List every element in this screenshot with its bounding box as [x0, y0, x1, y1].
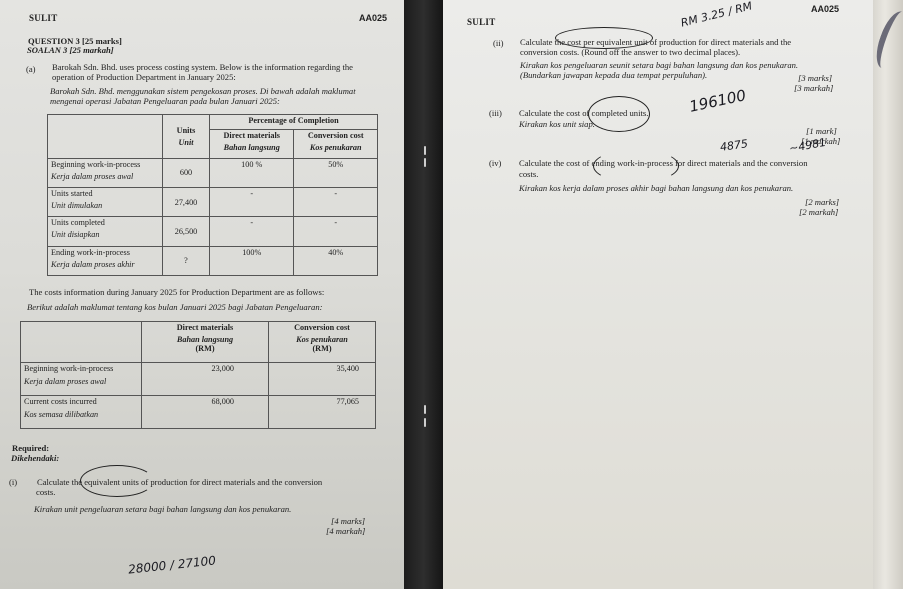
q-iv-text-2: costs.	[519, 169, 538, 179]
row-label: Units startedUnit dimulakan	[48, 187, 163, 216]
pct-completion-header: Percentage of Completion	[210, 115, 378, 130]
table-row: Units startedUnit dimulakan27,400--	[48, 187, 378, 216]
costs-intro-ms: Berikut adalah maklumat tentang kos bula…	[27, 302, 323, 312]
dm-cost-header-label-ms: Bahan langsung	[145, 335, 265, 344]
cc-pct-cell: -	[294, 187, 378, 216]
dm-header-label-ms: Bahan langsung	[213, 143, 290, 152]
header-code: AA025	[811, 4, 839, 14]
q-ii-marks: [3 marks]	[798, 73, 832, 83]
costs-table: Direct materials Bahan langsung (RM) Con…	[20, 321, 376, 429]
row-label-en: Units started	[51, 189, 159, 198]
dm-pct-cell: -	[210, 187, 294, 216]
cc-pct-cell: 40%	[294, 246, 378, 275]
dm-cost-cell: 68,000	[142, 396, 269, 429]
cc-cost-header-unit: (RM)	[272, 344, 372, 353]
cc-cost-cell: 35,400	[269, 363, 376, 396]
handwritten-iv-b: ~4981	[788, 136, 827, 155]
units-cell: 27,400	[163, 187, 210, 216]
binder-spine	[404, 0, 443, 589]
staple	[424, 405, 426, 414]
dm-cost-header-label: Direct materials	[145, 323, 265, 332]
row-label-en: Units completed	[51, 218, 159, 227]
cc-header-label-ms: Kos penukaran	[297, 143, 374, 152]
pen-circle-mark	[588, 96, 650, 132]
row-label-ms: Kerja dalam proses awal	[24, 377, 138, 386]
blank-corner	[21, 322, 142, 363]
q-ii-text-ms-1: Kirakan kos pengeluaran seunit setara ba…	[520, 60, 798, 70]
costs-intro: The costs information during January 202…	[29, 287, 324, 297]
dm-pct-cell: 100 %	[210, 158, 294, 187]
handwritten-top: RM 3.25 / RM	[680, 0, 754, 30]
row-label-en: Beginning work-in-process	[51, 160, 159, 169]
staple	[424, 146, 426, 155]
row-label-en: Current costs incurred	[24, 397, 138, 406]
required-label-ms: Dikehendaki:	[11, 453, 59, 463]
row-label-en: Ending work-in-process	[51, 248, 159, 257]
table-row: Ending work-in-processKerja dalam proses…	[48, 246, 378, 275]
header-sulit: SULIT	[467, 17, 496, 27]
part-a-text-ms-1: Barokah Sdn. Bhd. menggunakan sistem pen…	[50, 86, 356, 96]
q-iv-text-ms: Kirakan kos kerja dalam proses akhir bag…	[519, 183, 793, 193]
q-ii-marks-ms: [3 markah]	[794, 83, 833, 93]
cc-cost-cell: 77,065	[269, 396, 376, 429]
cc-cost-header-label: Conversion cost	[272, 323, 372, 332]
dm-header-label: Direct materials	[213, 131, 290, 140]
header-code: AA025	[359, 13, 387, 23]
part-a-text-2: operation of Production Department in Ja…	[52, 72, 236, 82]
question-title-ms: SOALAN 3 [25 markah]	[27, 45, 114, 55]
exam-page-left: SULIT AA025 QUESTION 3 [25 marks] SOALAN…	[0, 0, 404, 589]
q-iii-text-ms: Kirakan kos unit siap.	[519, 119, 595, 129]
page-edge	[873, 0, 903, 589]
q-ii-label: (ii)	[493, 38, 504, 48]
exam-page-right: SULIT AA025 RM 3.25 / RM (ii) Calculate …	[443, 0, 873, 589]
staple	[424, 158, 426, 167]
q-iv-label: (iv)	[489, 158, 501, 168]
dm-cost-header: Direct materials Bahan langsung (RM)	[142, 322, 269, 363]
q-iii-label: (iii)	[489, 108, 502, 118]
row-label: Ending work-in-processKerja dalam proses…	[48, 246, 163, 275]
q-ii-text-ms-2: (Bundarkan jawapan kepada dua tempat per…	[520, 70, 707, 80]
units-cell: ?	[163, 246, 210, 275]
cc-header-label: Conversion cost	[297, 131, 374, 140]
row-label-ms: Unit dimulakan	[51, 201, 159, 210]
cc-cost-header: Conversion cost Kos penukaran (RM)	[269, 322, 376, 363]
q-iv-marks-ms: [2 markah]	[799, 207, 838, 217]
pen-bracket-mark	[593, 149, 679, 183]
q-i-text-2: costs.	[36, 487, 55, 497]
header-sulit: SULIT	[29, 13, 58, 23]
pen-circle-mark	[555, 27, 653, 49]
row-label: Current costs incurredKos semasa dilibat…	[21, 396, 142, 429]
handwritten-iv-a: 4875	[719, 137, 749, 154]
cc-header: Conversion cost Kos penukaran	[294, 130, 378, 158]
table-row: Beginning work-in-processKerja dalam pro…	[21, 363, 376, 396]
q-i-marks: [4 marks]	[331, 516, 365, 526]
table-row: Beginning work-in-processKerja dalam pro…	[48, 158, 378, 187]
units-table: Units Unit Percentage of Completion Dire…	[47, 114, 378, 276]
handwritten-answer-i: 28000 / 27100	[128, 553, 217, 576]
dm-cost-header-unit: (RM)	[145, 344, 265, 353]
row-label-en: Beginning work-in-process	[24, 364, 138, 373]
staple	[424, 418, 426, 427]
dm-header: Direct materials Bahan langsung	[210, 130, 294, 158]
q-iii-marks: [1 mark]	[806, 126, 837, 136]
q-i-label: (i)	[9, 477, 17, 487]
table-row: Units completedUnit disiapkan26,500--	[48, 217, 378, 246]
units-header-label-ms: Unit	[166, 138, 206, 147]
dm-pct-cell: -	[210, 217, 294, 246]
q-i-marks-ms: [4 markah]	[326, 526, 365, 536]
dm-cost-cell: 23,000	[142, 363, 269, 396]
row-label-ms: Kerja dalam proses akhir	[51, 260, 159, 269]
row-label-ms: Kos semasa dilibatkan	[24, 410, 138, 419]
units-cell: 26,500	[163, 217, 210, 246]
row-label: Units completedUnit disiapkan	[48, 217, 163, 246]
part-a-text-ms-2: mengenai operasi Jabatan Pengeluaran pad…	[50, 96, 280, 106]
part-a-label: (a)	[26, 64, 36, 74]
units-cell: 600	[163, 158, 210, 187]
cc-cost-header-label-ms: Kos penukaran	[272, 335, 372, 344]
dm-pct-cell: 100%	[210, 246, 294, 275]
row-label-ms: Kerja dalam proses awal	[51, 172, 159, 181]
row-label-ms: Unit disiapkan	[51, 230, 159, 239]
pen-circle-mark	[80, 465, 154, 497]
cc-pct-cell: 50%	[294, 158, 378, 187]
row-label: Beginning work-in-processKerja dalam pro…	[21, 363, 142, 396]
q-i-text-ms: Kirakan unit pengeluaran setara bagi bah…	[34, 504, 291, 514]
required-label: Required:	[12, 443, 49, 453]
cc-pct-cell: -	[294, 217, 378, 246]
units-header-label: Units	[166, 126, 206, 135]
part-a-text-1: Barokah Sdn. Bhd. uses process costing s…	[52, 62, 353, 72]
units-header: Units Unit	[163, 115, 210, 159]
table-row: Current costs incurredKos semasa dilibat…	[21, 396, 376, 429]
q-iv-marks: [2 marks]	[805, 197, 839, 207]
q-ii-text-2: conversion costs. (Round off the answer …	[520, 47, 740, 57]
handwritten-iii: 196100	[688, 86, 748, 116]
blank-corner	[48, 115, 163, 159]
row-label: Beginning work-in-processKerja dalam pro…	[48, 158, 163, 187]
